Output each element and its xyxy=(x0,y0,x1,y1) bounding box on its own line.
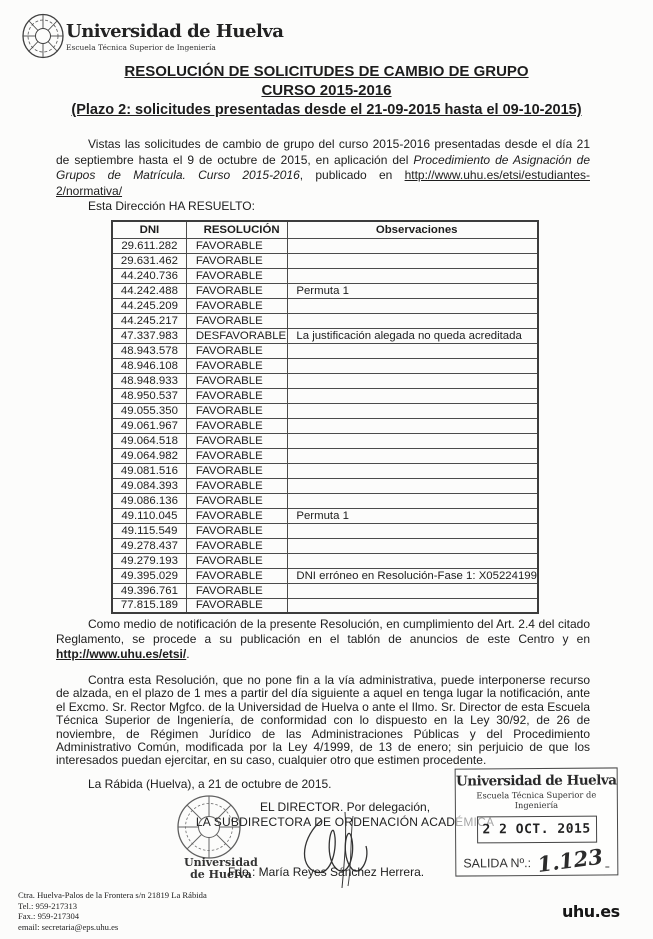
org-name: Universidad de Huelva xyxy=(66,21,283,42)
etsi-link[interactable]: http://www.uhu.es/etsi/ xyxy=(56,647,186,661)
dni-cell: 49.064.982 xyxy=(112,448,186,463)
dni-cell: 49.396.761 xyxy=(112,583,186,598)
salida-underline xyxy=(605,855,610,867)
resolucion-cell: FAVORABLE xyxy=(186,418,288,433)
resolucion-cell: FAVORABLE xyxy=(186,268,288,283)
table-row: 49.115.549 FAVORABLE xyxy=(112,523,538,538)
resolucion-cell: FAVORABLE xyxy=(186,433,288,448)
resolucion-cell: FAVORABLE xyxy=(186,313,288,328)
resolucion-cell: FAVORABLE xyxy=(186,298,288,313)
registry-school: Escuela Técnica Superior de Ingeniería xyxy=(456,789,617,810)
registry-date-stamp: 2 2 OCT. 2015 xyxy=(476,816,596,844)
observaciones-cell xyxy=(288,418,538,433)
dni-cell: 44.242.488 xyxy=(112,283,186,298)
table-row: 44.245.209 FAVORABLE xyxy=(112,298,538,313)
table-row: 48.950.537 FAVORABLE xyxy=(112,388,538,403)
table-row: 49.395.029 FAVORABLE DNI erróneo en Reso… xyxy=(112,568,538,583)
resolution-table: DNI RESOLUCIÓN Observaciones 29.611.282 … xyxy=(111,220,539,614)
observaciones-cell xyxy=(288,403,538,418)
resolucion-cell: FAVORABLE xyxy=(186,553,288,568)
dni-cell: 48.946.108 xyxy=(112,358,186,373)
table-row: 44.245.217 FAVORABLE xyxy=(112,313,538,328)
observaciones-cell xyxy=(288,493,538,508)
table-row: 49.064.982 FAVORABLE xyxy=(112,448,538,463)
document-title: RESOLUCIÓN DE SOLICITUDES DE CAMBIO DE G… xyxy=(0,62,653,120)
dni-cell: 47.337.983 xyxy=(112,328,186,343)
header-resolucion: RESOLUCIÓN xyxy=(186,221,288,238)
dni-cell: 44.240.736 xyxy=(112,268,186,283)
university-seal-icon xyxy=(20,12,66,65)
org-subtitle: Escuela Técnica Superior de Ingeniería xyxy=(66,43,283,52)
table-row: 44.240.736 FAVORABLE xyxy=(112,268,538,283)
table-row: 44.242.488 FAVORABLE Permuta 1 xyxy=(112,283,538,298)
signed-by-line: Fdo.: María Reyes Sánchez Herrera. xyxy=(228,865,424,879)
observaciones-cell: La justificación alegada no queda acredi… xyxy=(288,328,538,343)
resolucion-cell: FAVORABLE xyxy=(186,373,288,388)
resolucion-cell: FAVORABLE xyxy=(186,478,288,493)
table-row: 47.337.983 DESFAVORABLE La justificación… xyxy=(112,328,538,343)
dni-cell: 49.064.518 xyxy=(112,433,186,448)
dni-cell: 44.245.217 xyxy=(112,313,186,328)
dni-cell: 49.055.350 xyxy=(112,403,186,418)
table-row: 77.815.189 FAVORABLE xyxy=(112,598,538,613)
table-row: 49.110.045 FAVORABLE Permuta 1 xyxy=(112,508,538,523)
table-row: 49.061.967 FAVORABLE xyxy=(112,418,538,433)
observaciones-cell xyxy=(288,268,538,283)
resolucion-cell: FAVORABLE xyxy=(186,388,288,403)
title-line-3: (Plazo 2: solicitudes presentadas desde … xyxy=(0,101,653,120)
resolucion-cell: FAVORABLE xyxy=(186,538,288,553)
dni-cell: 48.948.933 xyxy=(112,373,186,388)
resolucion-cell: FAVORABLE xyxy=(186,523,288,538)
registry-stamp-box: Universidad de Huelva Escuela Técnica Su… xyxy=(455,767,619,876)
observaciones-cell xyxy=(288,358,538,373)
table-row: 29.631.462 FAVORABLE xyxy=(112,253,538,268)
dni-cell: 49.115.549 xyxy=(112,523,186,538)
observaciones-cell xyxy=(288,373,538,388)
observaciones-cell xyxy=(288,463,538,478)
table-row: 29.611.282 FAVORABLE xyxy=(112,238,538,253)
footer-tel: Tel.: 959-217313 xyxy=(18,901,207,912)
observaciones-cell xyxy=(288,253,538,268)
registry-org: Universidad de Huelva xyxy=(456,772,617,789)
uhu-es-logo: uhu.es xyxy=(562,902,620,921)
table-row: 49.084.393 FAVORABLE xyxy=(112,478,538,493)
dni-cell: 48.943.578 xyxy=(112,343,186,358)
dni-cell: 77.815.189 xyxy=(112,598,186,613)
place-date-line: La Rábida (Huelva), a 21 de octubre de 2… xyxy=(88,777,332,791)
observaciones-cell xyxy=(288,523,538,538)
intro-text-2: , publicado en xyxy=(300,168,405,182)
observaciones-cell xyxy=(288,433,538,448)
footer-fax: Fax.: 959-217304 xyxy=(18,911,207,922)
observaciones-cell xyxy=(288,298,538,313)
resolucion-cell: DESFAVORABLE xyxy=(186,328,288,343)
dni-cell: 29.611.282 xyxy=(112,238,186,253)
salida-number-handwritten: 1.123 xyxy=(536,848,604,874)
resolucion-cell: FAVORABLE xyxy=(186,358,288,373)
table-row: 49.278.437 FAVORABLE xyxy=(112,538,538,553)
observaciones-cell xyxy=(288,343,538,358)
handwritten-signature xyxy=(290,808,390,898)
resolucion-cell: FAVORABLE xyxy=(186,448,288,463)
registry-salida-row: SALIDA Nº.: 1.123 xyxy=(456,851,617,870)
resolucion-cell: FAVORABLE xyxy=(186,253,288,268)
resolucion-cell: FAVORABLE xyxy=(186,238,288,253)
observaciones-cell: Permuta 1 xyxy=(288,283,538,298)
resolucion-cell: FAVORABLE xyxy=(186,568,288,583)
observaciones-cell xyxy=(288,538,538,553)
footer-contact-block: Ctra. Huelva-Palos de la Frontera s/n 21… xyxy=(18,890,207,932)
resolucion-cell: FAVORABLE xyxy=(186,583,288,598)
resolucion-cell: FAVORABLE xyxy=(186,403,288,418)
notification-text: Como medio de notificación de la present… xyxy=(56,617,590,646)
title-line-2: CURSO 2015-2016 xyxy=(0,81,653,100)
dni-cell: 49.279.193 xyxy=(112,553,186,568)
table-header-row: DNI RESOLUCIÓN Observaciones xyxy=(112,221,538,238)
observaciones-cell xyxy=(288,553,538,568)
dni-cell: 49.086.136 xyxy=(112,493,186,508)
table-row: 48.948.933 FAVORABLE xyxy=(112,373,538,388)
intro-paragraph: Vistas las solicitudes de cambio de grup… xyxy=(56,137,590,199)
dni-cell: 48.950.537 xyxy=(112,388,186,403)
resolucion-cell: FAVORABLE xyxy=(186,493,288,508)
dni-cell: 49.061.967 xyxy=(112,418,186,433)
dni-cell: 49.081.516 xyxy=(112,463,186,478)
header-observaciones: Observaciones xyxy=(288,221,538,238)
table-row: 49.086.136 FAVORABLE xyxy=(112,493,538,508)
observaciones-cell xyxy=(288,583,538,598)
dni-cell: 44.245.209 xyxy=(112,298,186,313)
table-row: 48.943.578 FAVORABLE xyxy=(112,343,538,358)
observaciones-cell: Permuta 1 xyxy=(288,508,538,523)
table-row: 49.396.761 FAVORABLE xyxy=(112,583,538,598)
resolucion-cell: FAVORABLE xyxy=(186,508,288,523)
dni-cell: 29.631.462 xyxy=(112,253,186,268)
observaciones-cell xyxy=(288,313,538,328)
dni-cell: 49.084.393 xyxy=(112,478,186,493)
round-seal-icon xyxy=(176,794,242,865)
letterhead: Universidad de Huelva Escuela Técnica Su… xyxy=(66,21,283,52)
resolucion-cell: FAVORABLE xyxy=(186,343,288,358)
observaciones-cell xyxy=(288,238,538,253)
appeal-paragraph: Contra esta Resolución, que no pone fin … xyxy=(56,674,590,768)
notification-paragraph: Como medio de notificación de la present… xyxy=(56,617,590,662)
notification-text-end: . xyxy=(186,647,189,661)
table-row: 49.279.193 FAVORABLE xyxy=(112,553,538,568)
table-row: 49.064.518 FAVORABLE xyxy=(112,433,538,448)
header-dni: DNI xyxy=(112,221,186,238)
dni-cell: 49.395.029 xyxy=(112,568,186,583)
observaciones-cell xyxy=(288,448,538,463)
footer-email: email: secretaria@eps.uhu.es xyxy=(18,922,207,933)
table-row: 49.081.516 FAVORABLE xyxy=(112,463,538,478)
table-row: 49.055.350 FAVORABLE xyxy=(112,403,538,418)
resolucion-cell: FAVORABLE xyxy=(186,463,288,478)
observaciones-cell xyxy=(288,598,538,613)
dni-cell: 49.278.437 xyxy=(112,538,186,553)
resolucion-cell: FAVORABLE xyxy=(186,598,288,613)
observaciones-cell xyxy=(288,388,538,403)
title-line-1: RESOLUCIÓN DE SOLICITUDES DE CAMBIO DE G… xyxy=(0,62,653,81)
document-page: Universidad de Huelva Escuela Técnica Su… xyxy=(0,0,653,939)
salida-label: SALIDA Nº.: xyxy=(463,856,531,870)
table-row: 48.946.108 FAVORABLE xyxy=(112,358,538,373)
dni-cell: 49.110.045 xyxy=(112,508,186,523)
resolved-lead-line: Esta Dirección HA RESUELTO: xyxy=(88,199,255,213)
observaciones-cell: DNI erróneo en Resolución-Fase 1: X05224… xyxy=(288,568,538,583)
footer-address: Ctra. Huelva-Palos de la Frontera s/n 21… xyxy=(18,890,207,901)
resolucion-cell: FAVORABLE xyxy=(186,283,288,298)
observaciones-cell xyxy=(288,478,538,493)
